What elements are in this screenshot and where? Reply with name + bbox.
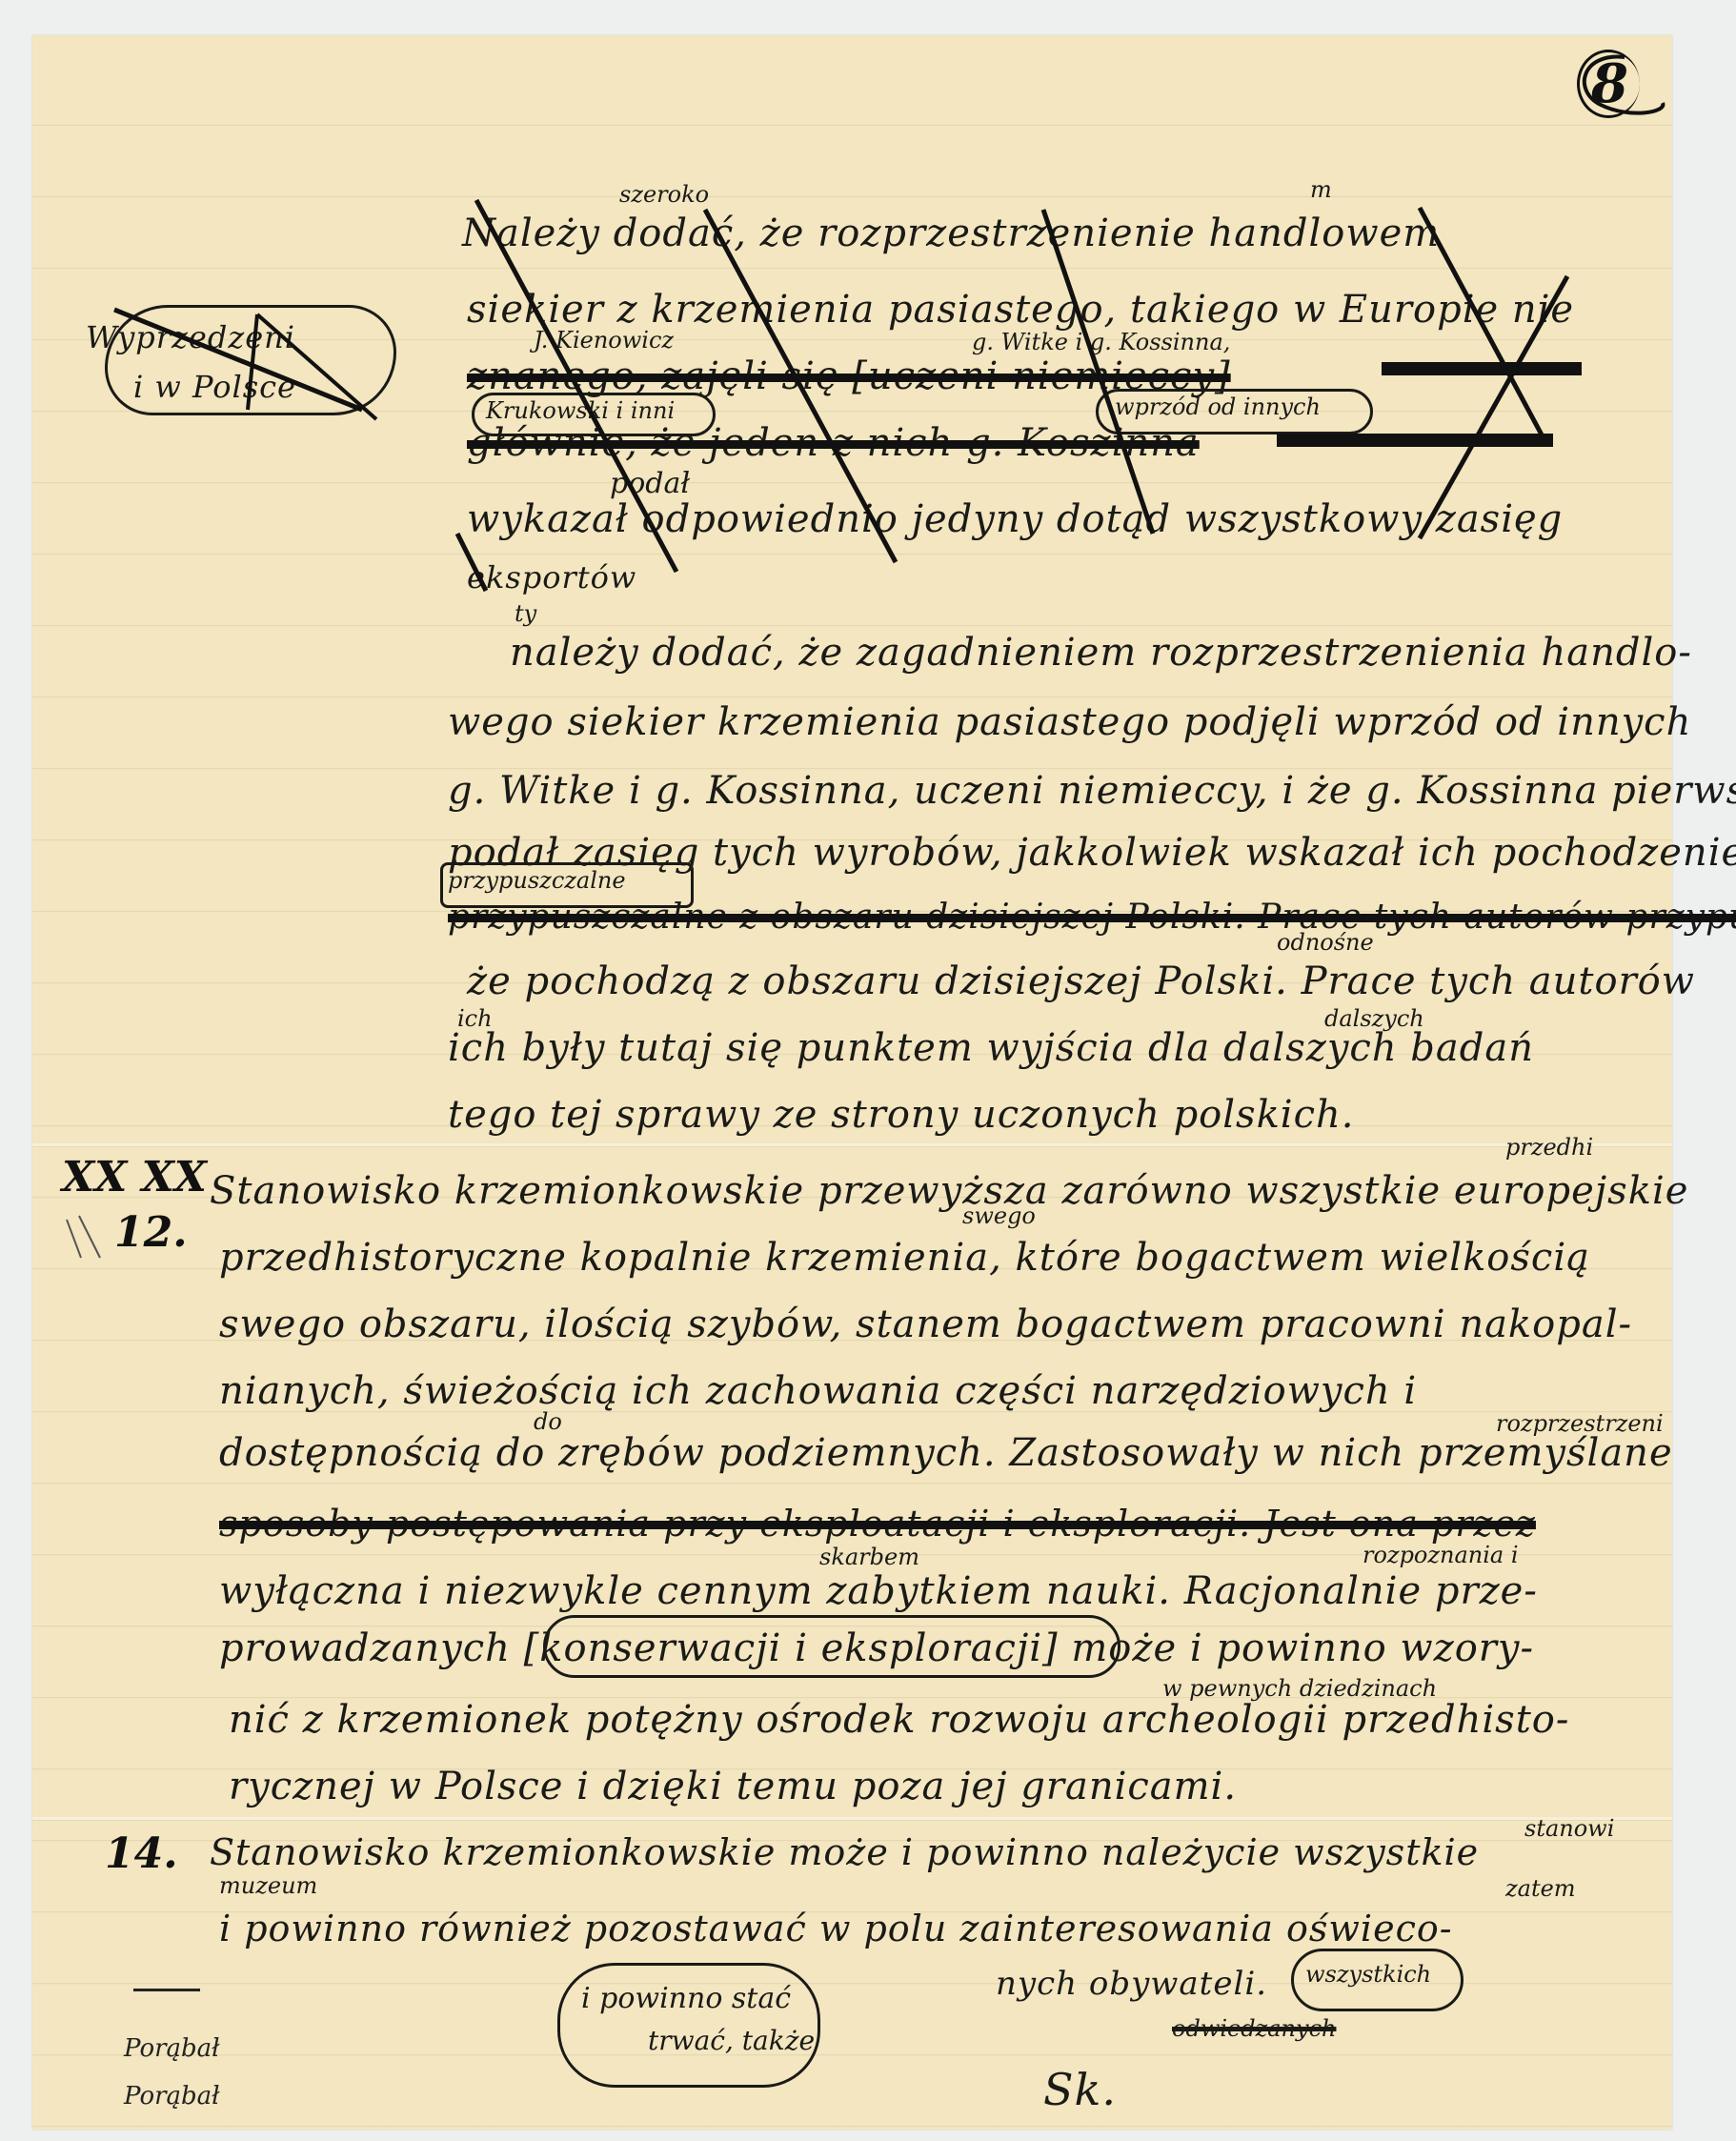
insertion: i powinno stać <box>581 1982 791 2015</box>
item-marks: XX XX <box>62 1153 207 1202</box>
text-line: tego tej sprawy ze strony uczonych polsk… <box>448 1096 1354 1134</box>
page-number: 8 <box>1577 50 1640 118</box>
insertion: Krukowski i inni <box>486 397 675 424</box>
text-line: ich były tutaj się punktem wyjścia dla d… <box>448 1029 1534 1067</box>
text-line: że pochodzą z obszaru dzisiejszej Polski… <box>467 962 1695 1000</box>
insertion: skarbem <box>819 1544 919 1570</box>
insertion: przedhi <box>1505 1134 1593 1161</box>
text-line: nić z krzemionek potężny ośrodek rozwoju… <box>229 1701 1569 1739</box>
text-line: przedhistoryczne kopalnie krzemienia, kt… <box>219 1239 1590 1277</box>
text-line: sposoby postępowania przy eksploatacji i… <box>219 1505 1536 1542</box>
text-line: nych obywateli. <box>996 1968 1267 2000</box>
insertion: swego <box>962 1202 1036 1229</box>
paper-fold <box>32 1817 1672 1821</box>
text-line: i powinno również pozostawać w polu zain… <box>219 1910 1453 1947</box>
insertion: odnośne <box>1277 929 1374 956</box>
insertion: zatem <box>1505 1875 1576 1902</box>
insertion: m <box>1310 176 1332 203</box>
item-number-12: 12. <box>114 1208 188 1257</box>
text-line: prowadzanych [konserwacji i eksploracji]… <box>219 1629 1534 1667</box>
insertion: J. Kienowicz <box>534 327 674 353</box>
signature: Sk. <box>1043 2068 1117 2111</box>
insertion: wprzód od innych <box>1115 394 1321 420</box>
text-line: siekier z krzemienia pasiastego, takiego… <box>467 291 1574 329</box>
insertion: trwać, także <box>648 2025 815 2056</box>
text-line: rycznej w Polsce i dzięki temu poza jej … <box>229 1767 1237 1806</box>
margin-note-bottom: Porąbał <box>124 2082 220 2111</box>
insertion: szeroko <box>619 181 709 208</box>
text-line: wyłączna i niezwykle cennym zabytkiem na… <box>219 1572 1538 1610</box>
text-line: Stanowisko krzemionkowskie przewyższa za… <box>210 1172 1688 1210</box>
text-line: wykazał odpowiednio jedyny dotąd wszystk… <box>467 500 1563 538</box>
text-line: wego siekier krzemienia pasiastego podję… <box>448 703 1691 741</box>
text-line: Należy dodać, że rozprzestrzenienie hand… <box>462 214 1440 252</box>
text-line: głównie, że jeden z nich g. Koszinna <box>467 424 1200 462</box>
insertion: przypuszczalne <box>448 867 626 894</box>
insertion: stanowi <box>1524 1815 1614 1842</box>
insertion: muzeum <box>219 1872 317 1899</box>
text-line: nianych, świeżością ich zachowania częśc… <box>219 1372 1417 1410</box>
text-line: eksportów <box>467 562 636 593</box>
insertion: ty <box>515 600 536 627</box>
text-line: dostępnością do zrębów podziemnych. Zast… <box>219 1434 1673 1472</box>
text-line: Stanowisko krzemionkowskie może i powinn… <box>210 1834 1479 1870</box>
insertion: rozpoznania i <box>1363 1542 1519 1568</box>
margin-note-crossed-2: i w Polsce <box>133 372 296 402</box>
item-number-14: 14. <box>105 1829 178 1878</box>
insertion: podał <box>610 467 690 500</box>
text-line: g. Witke i g. Kossinna, uczeni niemieccy… <box>448 772 1736 810</box>
text-line: przypuszczalne z obszaru dzisiejszej Pol… <box>448 900 1736 935</box>
insertion: odwiedzanych <box>1172 2015 1336 2042</box>
insertion: wszystkich <box>1305 1961 1431 1988</box>
dash-mark <box>133 1989 200 1991</box>
insertion: g. Witke i g. Kossinna, <box>972 329 1230 355</box>
margin-note-crossed: Wyprzedzeni <box>86 322 295 353</box>
margin-note-bottom: Porąbał <box>124 2034 220 2063</box>
text-line: należy dodać, że zagadnieniem rozprzestr… <box>510 634 1692 672</box>
text-line: swego obszaru, ilością szybów, stanem bo… <box>219 1305 1632 1343</box>
paper-fold <box>32 1143 1672 1147</box>
